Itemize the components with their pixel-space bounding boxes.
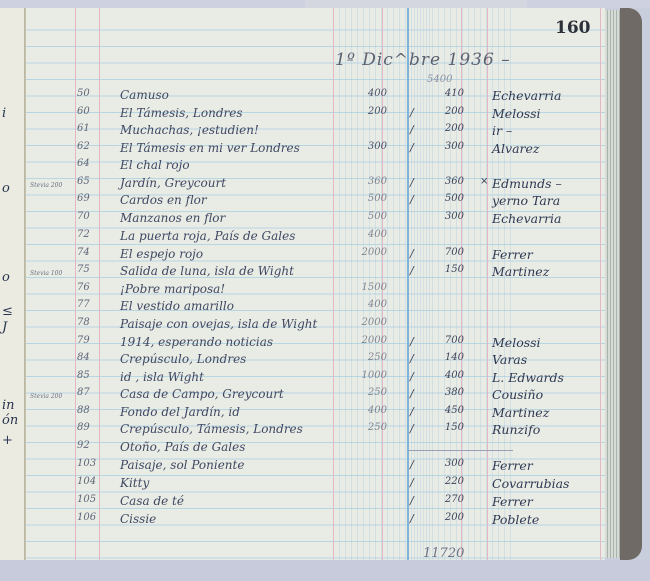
entry-buyer: Melossi: [492, 106, 541, 121]
entry-title: Paisaje con ovejas, isla de Wight: [120, 317, 317, 331]
ledger-row: 84Crepúsculo, Londres250/140Varas: [25, 352, 605, 369]
ledger-row: 69Cardos en flor500/500yerno Tara: [25, 193, 605, 210]
entry-number: 74: [77, 247, 101, 258]
ledger-row: 64El chal rojo: [25, 158, 605, 175]
entry-sold-price: 200: [420, 123, 464, 134]
entry-number: 75: [77, 264, 101, 275]
entry-sold-price: 150: [420, 264, 464, 275]
entry-check-mark: /: [410, 458, 414, 471]
entry-buyer: Ferrer: [492, 458, 533, 473]
entry-title: Fondo del Jardín, id: [120, 405, 240, 419]
date-heading: 1º Dic^bre 1936 –: [335, 50, 511, 70]
entry-number: 62: [77, 141, 101, 152]
entry-sold-price: 300: [420, 141, 464, 152]
entry-number: 65: [77, 176, 101, 187]
entry-title: Crepúsculo, Támesis, Londres: [120, 422, 303, 436]
entry-buyer: Ferrer: [492, 247, 533, 262]
entry-check-mark: /: [410, 247, 414, 260]
left-page-fragment: i: [2, 106, 6, 121]
entry-number: 78: [77, 317, 101, 328]
entry-title: Camuso: [120, 88, 169, 102]
entry-cross-mark: ×: [480, 176, 488, 187]
entry-check-mark: /: [410, 335, 414, 348]
left-page-fragment: ≤: [2, 304, 13, 319]
entry-title: Kitty: [120, 476, 149, 490]
entry-price: 2000: [347, 335, 387, 346]
entry-sold-price: 220: [420, 476, 464, 487]
entry-check-mark: /: [410, 123, 414, 136]
entry-title: 1914, esperando noticias: [120, 335, 273, 349]
ledger-row: 791914, esperando noticias2000/700Meloss…: [25, 335, 605, 352]
entry-title: El chal rojo: [120, 158, 190, 172]
entry-price: 2000: [347, 317, 387, 328]
ledger-row: Stevia 20087Casa de Campo, Greycourt250/…: [25, 387, 605, 404]
ledger-total: 11720: [423, 546, 464, 561]
page-number: 160: [555, 18, 591, 38]
entry-number: 84: [77, 352, 101, 363]
entry-note: Stevia 200: [30, 393, 62, 400]
entry-sold-price: 360: [420, 176, 464, 187]
entry-number: 50: [77, 88, 101, 99]
entry-buyer: Runzifo: [492, 422, 540, 437]
entry-buyer: Melossi: [492, 335, 541, 350]
entry-price: 300: [347, 141, 387, 152]
ledger-row: 78Paisaje con ovejas, isla de Wight2000: [25, 317, 605, 334]
entry-price: 200: [347, 106, 387, 117]
entry-title: Crepúsculo, Londres: [120, 352, 246, 366]
ledger-row: 74El espejo rojo2000/700Ferrer: [25, 247, 605, 264]
entry-sold-price: 380: [420, 387, 464, 398]
entry-check-mark: /: [410, 176, 414, 189]
entry-number: 92: [77, 440, 101, 451]
left-page-fragment: o: [2, 181, 10, 196]
ledger-row: Stevia 10075Salida de luna, isla de Wigh…: [25, 264, 605, 281]
entry-number: 85: [77, 370, 101, 381]
entry-title: Casa de Campo, Greycourt: [120, 387, 284, 401]
entry-buyer: Echevarria: [492, 88, 562, 103]
entry-check-mark: /: [410, 387, 414, 400]
entry-sold-price: 450: [420, 405, 464, 416]
entry-check-mark: /: [410, 193, 414, 206]
entry-note: Stevia 200: [30, 182, 62, 189]
entry-sold-price: 270: [420, 494, 464, 505]
carried-forward: 5400: [427, 74, 452, 85]
entry-title: Casa de té: [120, 494, 184, 508]
entry-price: 500: [347, 211, 387, 222]
entry-title: ¡Pobre mariposa!: [120, 282, 225, 296]
entry-check-mark: /: [410, 141, 414, 154]
entry-number: 89: [77, 422, 101, 433]
entry-sold-price: 410: [420, 88, 464, 99]
entry-price: 400: [347, 405, 387, 416]
ledger-row: 77El vestido amarillo400: [25, 299, 605, 316]
entry-number: 104: [77, 476, 101, 487]
entry-price: 500: [347, 193, 387, 204]
entry-price: 1500: [347, 282, 387, 293]
ledger-row: 62El Támesis en mi ver Londres300/300Alv…: [25, 141, 605, 158]
left-page-fragment: o: [2, 270, 10, 285]
ledger-row: 92Otoño, País de Gales: [25, 440, 605, 457]
entry-sold-price: 700: [420, 335, 464, 346]
entry-check-mark: /: [410, 512, 414, 525]
entry-price: 400: [347, 88, 387, 99]
entry-number: 72: [77, 229, 101, 240]
entry-sold-price: 150: [420, 422, 464, 433]
entry-sold-price: 700: [420, 247, 464, 258]
ledger-row: 72La puerta roja, País de Gales400: [25, 229, 605, 246]
entry-sold-price: 500: [420, 193, 464, 204]
entry-title: Manzanos en flor: [120, 211, 225, 225]
left-page-fragment: ón: [2, 413, 18, 428]
entry-note: Stevia 100: [30, 270, 62, 277]
entry-sold-price: 200: [420, 106, 464, 117]
entry-buyer: Cousiño: [492, 387, 543, 402]
entry-number: 103: [77, 458, 101, 469]
entry-sold-price: 300: [420, 211, 464, 222]
ledger-row: Stevia 20065Jardín, Greycourt360/360×Edm…: [25, 176, 605, 193]
entry-price: 250: [347, 352, 387, 363]
entry-title: Paisaje, sol Poniente: [120, 458, 244, 472]
ledger-row: 70Manzanos en flor500300Echevarria: [25, 211, 605, 228]
ledger-row: 76¡Pobre mariposa!1500: [25, 282, 605, 299]
entry-sold-price: 300: [420, 458, 464, 469]
entry-number: 70: [77, 211, 101, 222]
entry-number: 87: [77, 387, 101, 398]
book-cover: [620, 8, 642, 560]
entry-title: Cardos en flor: [120, 193, 207, 207]
entry-check-mark: /: [410, 352, 414, 365]
entry-title: Jardín, Greycourt: [120, 176, 226, 190]
entry-title: El Támesis, Londres: [120, 106, 243, 120]
ledger-row: 103Paisaje, sol Poniente/300Ferrer: [25, 458, 605, 475]
ledger-row: 50Camuso400410Echevarria: [25, 88, 605, 105]
entry-price: 360: [347, 176, 387, 187]
entry-title: Salida de luna, isla de Wight: [120, 264, 294, 278]
entry-title: La puerta roja, País de Gales: [120, 229, 295, 243]
entry-buyer: Martinez: [492, 264, 549, 279]
ledger-row: 60El Támesis, Londres200/200Melossi: [25, 106, 605, 123]
left-page-fragment: in: [2, 398, 15, 413]
entry-price: 250: [347, 422, 387, 433]
entry-price: 400: [347, 299, 387, 310]
scan-background-bottom: [0, 560, 650, 581]
entry-check-mark: /: [410, 422, 414, 435]
entry-buyer: L. Edwards: [492, 370, 564, 385]
entry-buyer: Martinez: [492, 405, 549, 420]
left-page-edge: i o o ≤ J in ón +: [0, 8, 25, 560]
total-rule: [408, 450, 513, 451]
entry-number: 69: [77, 193, 101, 204]
entry-title: Cissie: [120, 512, 156, 526]
ledger-page: 160 1º Dic^bre 1936 – 5400 50Camuso40041…: [25, 8, 605, 560]
entry-title: id , isla Wight: [120, 370, 204, 384]
ledger-row: 106Cissie/200Poblete: [25, 512, 605, 529]
entry-number: 61: [77, 123, 101, 134]
entry-number: 105: [77, 494, 101, 505]
entry-buyer: Edmunds –: [492, 176, 562, 191]
left-page-fragment: +: [2, 433, 13, 448]
ledger-row: 85id , isla Wight1000/400L. Edwards: [25, 370, 605, 387]
entry-number: 60: [77, 106, 101, 117]
entry-title: El espejo rojo: [120, 247, 203, 261]
entry-price: 2000: [347, 247, 387, 258]
left-page-fragment: J: [2, 320, 7, 335]
entry-buyer: Ferrer: [492, 494, 533, 509]
entry-sold-price: 140: [420, 352, 464, 363]
entry-check-mark: /: [410, 264, 414, 277]
entry-price: 250: [347, 387, 387, 398]
entry-buyer: ir –: [492, 123, 512, 138]
entry-price: 1000: [347, 370, 387, 381]
entry-buyer: Alvarez: [492, 141, 540, 156]
entry-sold-price: 400: [420, 370, 464, 381]
entry-number: 76: [77, 282, 101, 293]
entry-buyer: Covarrubias: [492, 476, 569, 491]
entry-check-mark: /: [410, 476, 414, 489]
ledger-row: 104Kitty/220Covarrubias: [25, 476, 605, 493]
entry-title: Muchachas, ¡estudien!: [120, 123, 259, 137]
entry-buyer: Varas: [492, 352, 527, 367]
entry-check-mark: /: [410, 405, 414, 418]
entry-number: 88: [77, 405, 101, 416]
entry-check-mark: /: [410, 494, 414, 507]
ledger-row: 89Crepúsculo, Támesis, Londres250/150Run…: [25, 422, 605, 439]
entry-buyer: Echevarria: [492, 211, 562, 226]
entry-number: 106: [77, 512, 101, 523]
entry-title: El Támesis en mi ver Londres: [120, 141, 300, 155]
entry-price: 400: [347, 229, 387, 240]
entry-check-mark: /: [410, 106, 414, 119]
entry-buyer: Poblete: [492, 512, 539, 527]
entry-buyer: yerno Tara: [492, 193, 560, 208]
ledger-row: 105Casa de té/270Ferrer: [25, 494, 605, 511]
ledger-row: 88Fondo del Jardín, id400/450Martinez: [25, 405, 605, 422]
entry-number: 77: [77, 299, 101, 310]
entry-sold-price: 200: [420, 512, 464, 523]
entry-number: 79: [77, 335, 101, 346]
entry-check-mark: /: [410, 370, 414, 383]
entry-number: 64: [77, 158, 101, 169]
entry-title: Otoño, País de Gales: [120, 440, 245, 454]
ledger-row: 61Muchachas, ¡estudien!/200ir –: [25, 123, 605, 140]
entry-title: El vestido amarillo: [120, 299, 234, 313]
